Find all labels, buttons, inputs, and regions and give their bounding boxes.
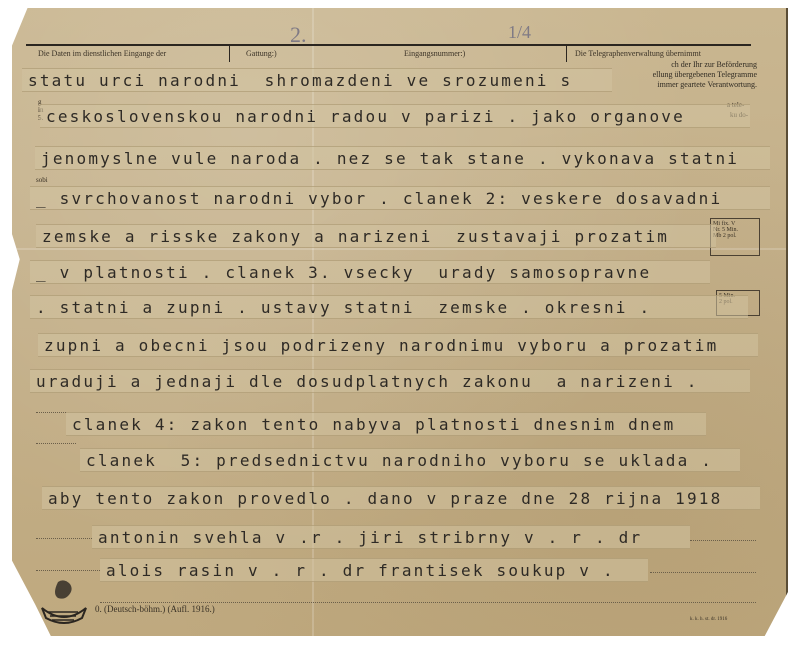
telegram-line: clanek 4: zakon tento nabyva platnosti d… <box>66 412 706 436</box>
form-line <box>650 572 756 573</box>
telegram-line: ceskoslovenskou narodni radou v parizi .… <box>40 104 750 128</box>
header-field-verwaltung: Die Telegraphenverwaltung übernimmt <box>575 49 701 58</box>
form-line <box>36 538 92 539</box>
print-note: 0. (Deutsch-böhm.) (Aufl. 1916.) <box>95 604 215 614</box>
form-line <box>36 443 76 444</box>
telegram-line: . statni a zupni . ustavy statni zemske … <box>30 295 748 319</box>
form-line <box>36 570 100 571</box>
telegram-line: clanek 5: predsednictvu narodniho vyboru… <box>80 448 740 472</box>
header-field-data: Die Daten im dienstlichen Eingange der <box>38 49 166 58</box>
form-line <box>690 540 756 541</box>
form-line <box>36 412 66 413</box>
telegram-line: alois rasin v . r . dr frantisek soukup … <box>100 558 648 582</box>
fee-box-line: Mb 2 pol. <box>713 233 757 239</box>
telegram-line: aby tento zakon provedlo . dano v praze … <box>42 486 760 510</box>
fee-box: Mi fix. V Nr. 5 Min. Mb 2 pol. <box>710 218 760 256</box>
telegram-line: uraduji a jednaji dle dosudplatnych zako… <box>30 369 750 393</box>
form-line <box>100 602 756 603</box>
telegram-line: statu urci narodni shromazdeni ve srozum… <box>22 68 612 92</box>
telegram-line: _ svrchovanost narodni vybor . clanek 2:… <box>30 186 770 210</box>
telegram-line: jenomyslne vule naroda . nez se tak stan… <box>35 146 770 170</box>
telegram-line: zupni a obecni jsou podrizeny narodnimu … <box>38 333 758 357</box>
telegram-line: _ v platnosti . clanek 3. vsecky urady s… <box>30 260 710 284</box>
print-code: k. k. h. st. dr. 1916 <box>690 617 727 622</box>
eagle-stamp-icon <box>38 578 90 628</box>
telegram-line: zemske a risske zakony a narizeni zustav… <box>36 224 716 248</box>
pencil-mark: 1/4 <box>508 22 531 43</box>
header-field-gattung: Gattung:) <box>246 49 277 58</box>
header-field-eingangsnummer: Eingangsnummer:) <box>404 49 465 58</box>
side-note: sobi <box>36 176 48 184</box>
telegram-line: antonin svehla v .r . jiri stribrny v . … <box>92 525 690 549</box>
header-rule <box>26 44 751 46</box>
